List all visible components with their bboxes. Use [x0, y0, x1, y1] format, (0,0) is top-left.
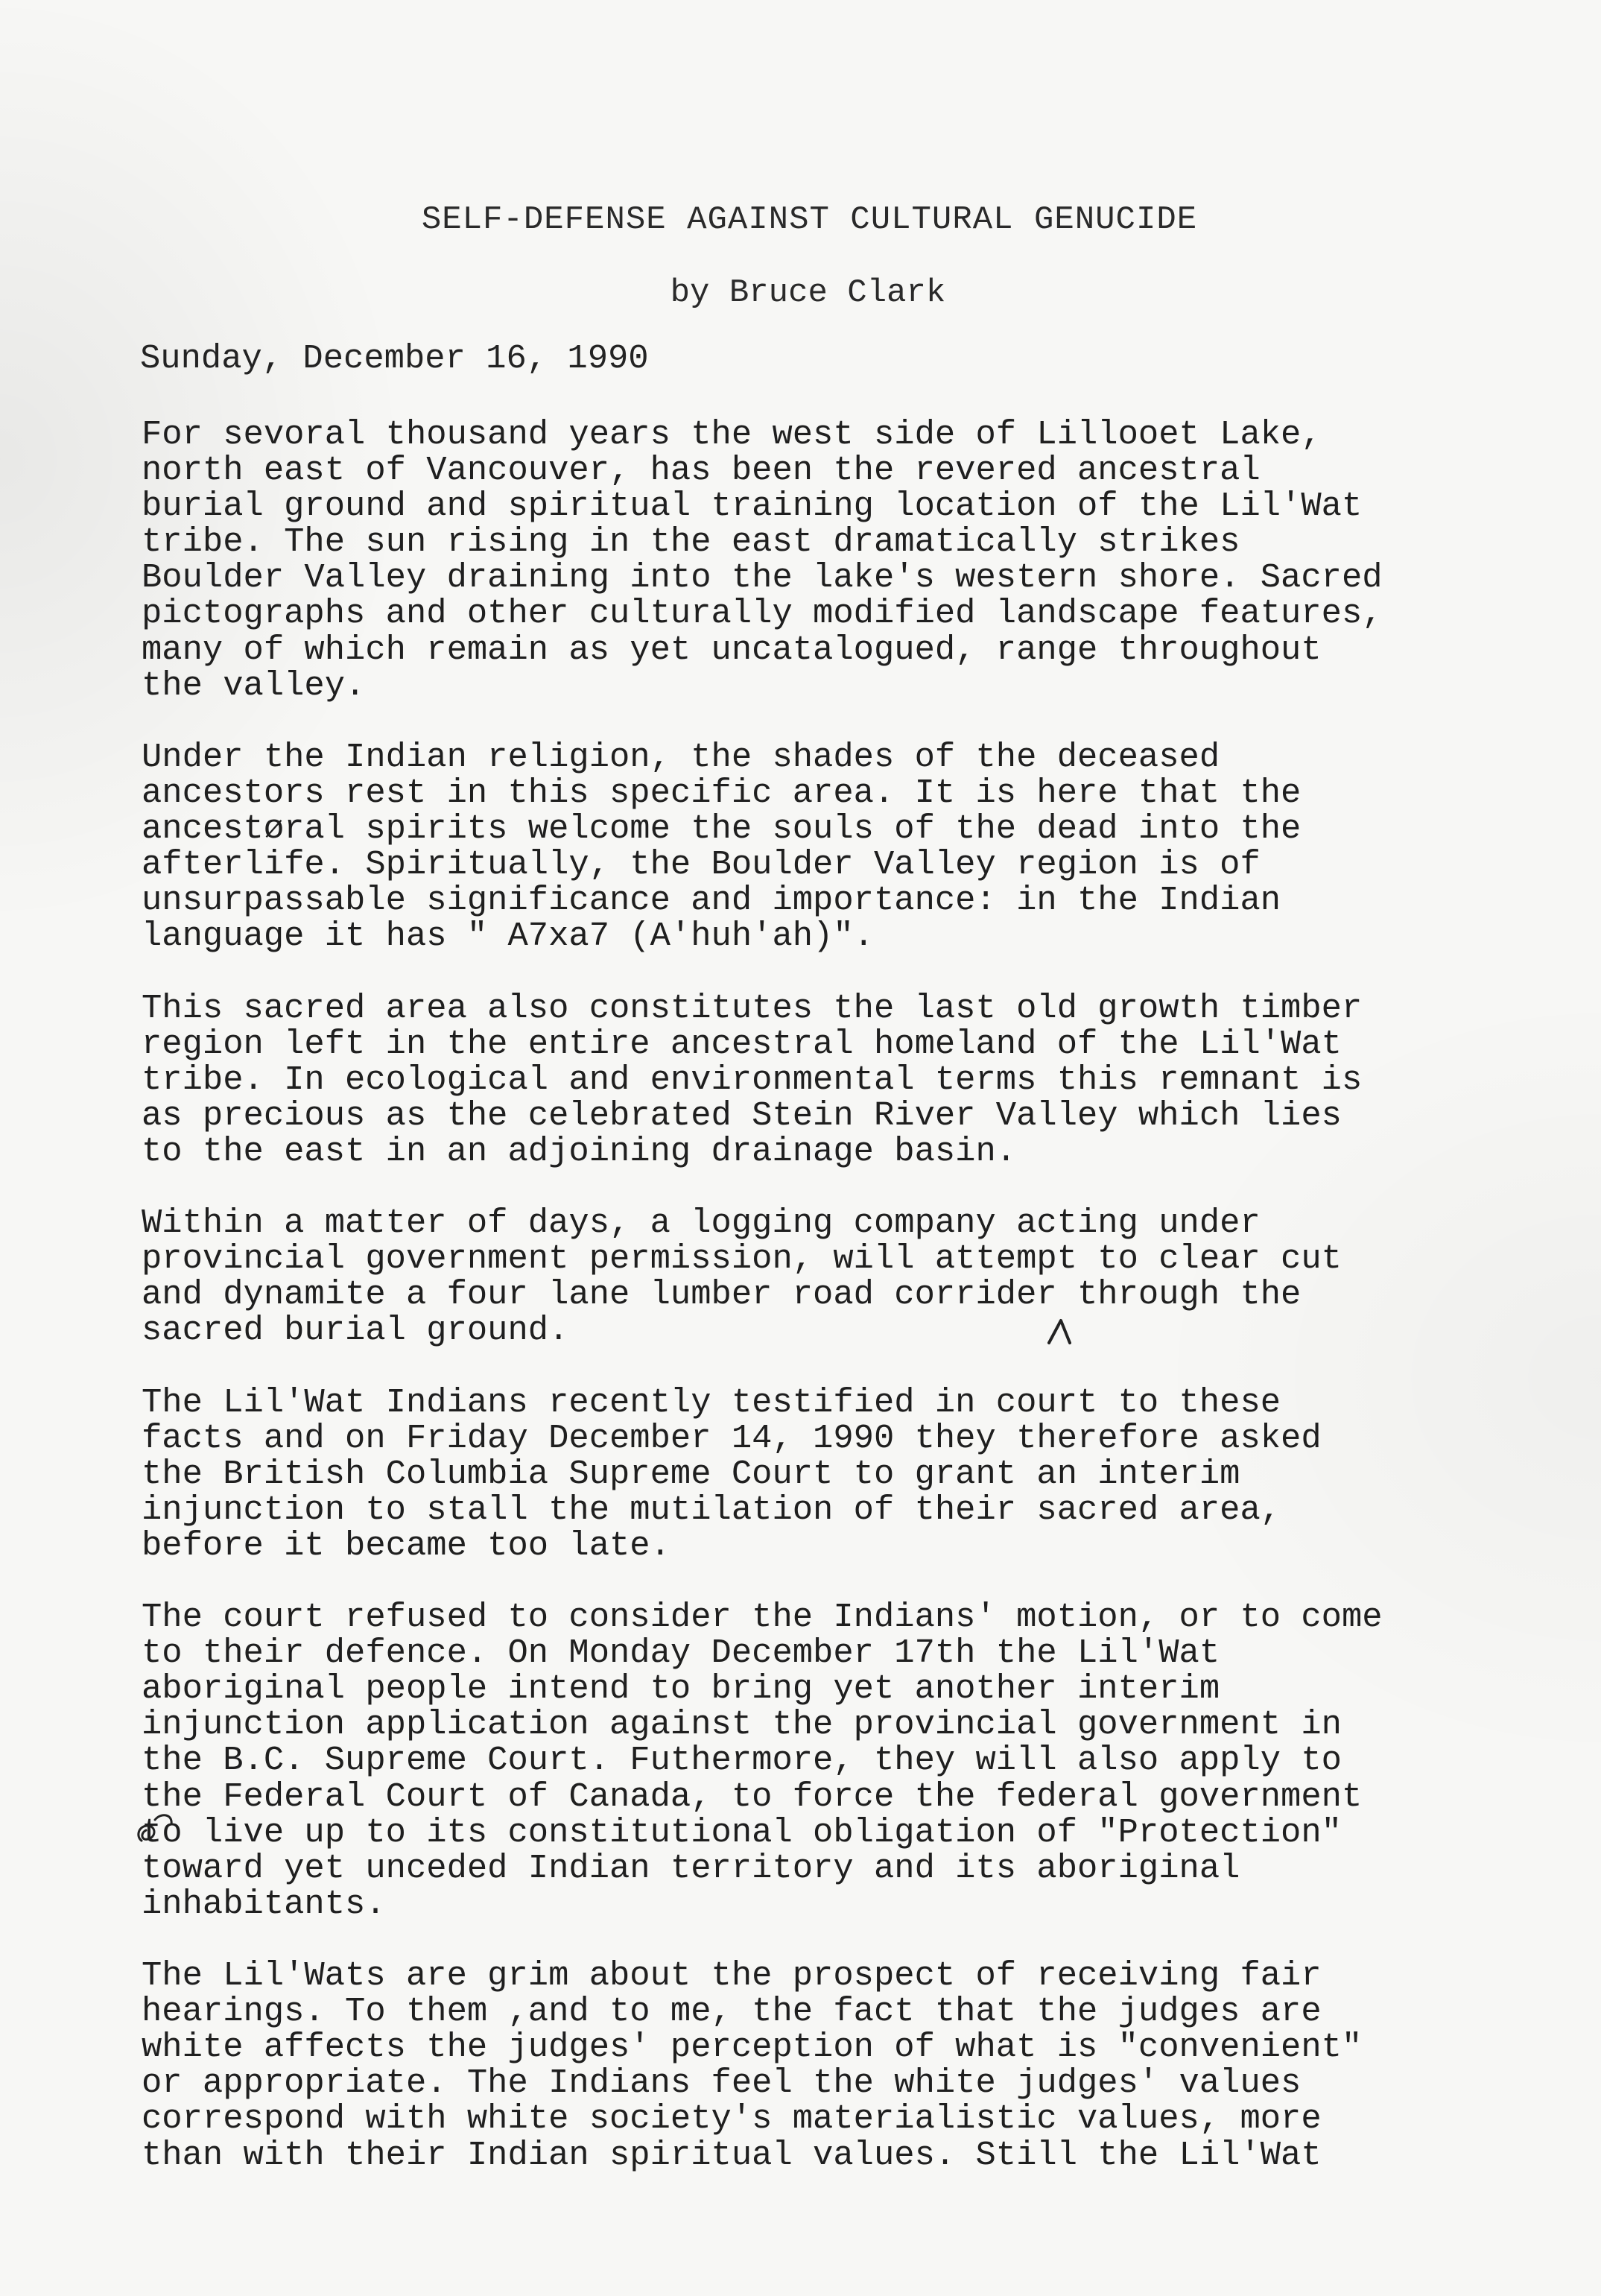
document-paragraph: The Lil'Wat Indians recently testified i…	[142, 1385, 1383, 1563]
text-line: afterlife. Spiritually, the Boulder Vall…	[142, 847, 1383, 882]
text-line: the Federal Court of Canada, to force th…	[142, 1779, 1383, 1815]
text-line: Boulder Valley draining into the lake's …	[142, 560, 1383, 595]
text-line: For sevoral thousand years the west side…	[142, 417, 1383, 452]
text-line: The Lil'Wats are grim about the prospect…	[142, 1958, 1383, 1993]
text-line: Within a matter of days, a logging compa…	[142, 1205, 1383, 1241]
document-date: Sunday, December 16, 1990	[140, 338, 649, 379]
text-line: Under the Indian religion, the shades of…	[142, 739, 1383, 775]
document-paragraph: Within a matter of days, a logging compa…	[142, 1205, 1383, 1348]
text-line: to the east in an adjoining drainage bas…	[142, 1133, 1383, 1169]
document-paragraph: The court refused to consider the Indian…	[142, 1599, 1383, 1922]
text-line: ancestors rest in this specific area. It…	[142, 775, 1383, 811]
handwritten-circle-mark-icon	[134, 1811, 177, 1847]
text-line: than with their Indian spiritual values.…	[142, 2137, 1383, 2173]
text-line: This sacred area also constitutes the la…	[142, 990, 1383, 1026]
document-title: SELF-DEFENSE AGAINST CULTURAL GENUCIDE	[0, 200, 1601, 240]
text-line: to live up to its constitutional obligat…	[142, 1815, 1383, 1850]
text-line: as precious as the celebrated Stein Rive…	[142, 1098, 1383, 1133]
document-paragraph: The Lil'Wats are grim about the prospect…	[142, 1958, 1383, 2173]
handwritten-caret-icon	[1046, 1318, 1076, 1346]
text-line: hearings. To them ,and to me, the fact t…	[142, 1993, 1383, 2029]
document-paragraph: Under the Indian religion, the shades of…	[142, 739, 1383, 955]
text-line: and dynamite a four lane lumber road cor…	[142, 1277, 1383, 1312]
text-line: sacred burial ground.	[142, 1312, 1383, 1348]
text-line: tribe. In ecological and environmental t…	[142, 1062, 1383, 1098]
text-line: burial ground and spiritual training loc…	[142, 488, 1383, 524]
text-line: The Lil'Wat Indians recently testified i…	[142, 1385, 1383, 1420]
text-line: north east of Vancouver, has been the re…	[142, 452, 1383, 488]
text-line: to their defence. On Monday December 17t…	[142, 1635, 1383, 1671]
typed-document-page: SELF-DEFENSE AGAINST CULTURAL GENUCIDE b…	[0, 0, 1601, 2296]
text-line: language it has " A7xa7 (A'huh'ah)".	[142, 918, 1383, 954]
text-line: facts and on Friday December 14, 1990 th…	[142, 1420, 1383, 1456]
text-line: inhabitants.	[142, 1886, 1383, 1922]
text-line: pictographs and other culturally modifie…	[142, 595, 1383, 631]
text-line: white affects the judges' perception of …	[142, 2029, 1383, 2065]
text-line: unsurpassable significance and importanc…	[142, 882, 1383, 918]
text-line: the B.C. Supreme Court. Futhermore, they…	[142, 1742, 1383, 1778]
text-line: injunction to stall the mutilation of th…	[142, 1492, 1383, 1528]
text-line: toward yet unceded Indian territory and …	[142, 1850, 1383, 1886]
text-line: provincial government permission, will a…	[142, 1241, 1383, 1277]
text-line: ancestøral spirits welcome the souls of …	[142, 811, 1383, 847]
text-line: the valley.	[142, 668, 1383, 703]
text-line: aboriginal people intend to bring yet an…	[142, 1671, 1383, 1707]
text-line: before it became too late.	[142, 1528, 1383, 1563]
document-body: For sevoral thousand years the west side…	[142, 417, 1383, 2209]
text-line: correspond with white society's material…	[142, 2101, 1383, 2137]
text-line: region left in the entire ancestral home…	[142, 1026, 1383, 1062]
document-byline: by Bruce Clark	[0, 273, 1601, 313]
text-line: injunction application against the provi…	[142, 1707, 1383, 1742]
document-paragraph: This sacred area also constitutes the la…	[142, 990, 1383, 1169]
text-line: tribe. The sun rising in the east dramat…	[142, 524, 1383, 560]
text-line: the British Columbia Supreme Court to gr…	[142, 1456, 1383, 1492]
text-line: many of which remain as yet uncatalogued…	[142, 632, 1383, 668]
text-line: or appropriate. The Indians feel the whi…	[142, 2065, 1383, 2101]
text-line: The court refused to consider the Indian…	[142, 1599, 1383, 1635]
document-paragraph: For sevoral thousand years the west side…	[142, 417, 1383, 703]
